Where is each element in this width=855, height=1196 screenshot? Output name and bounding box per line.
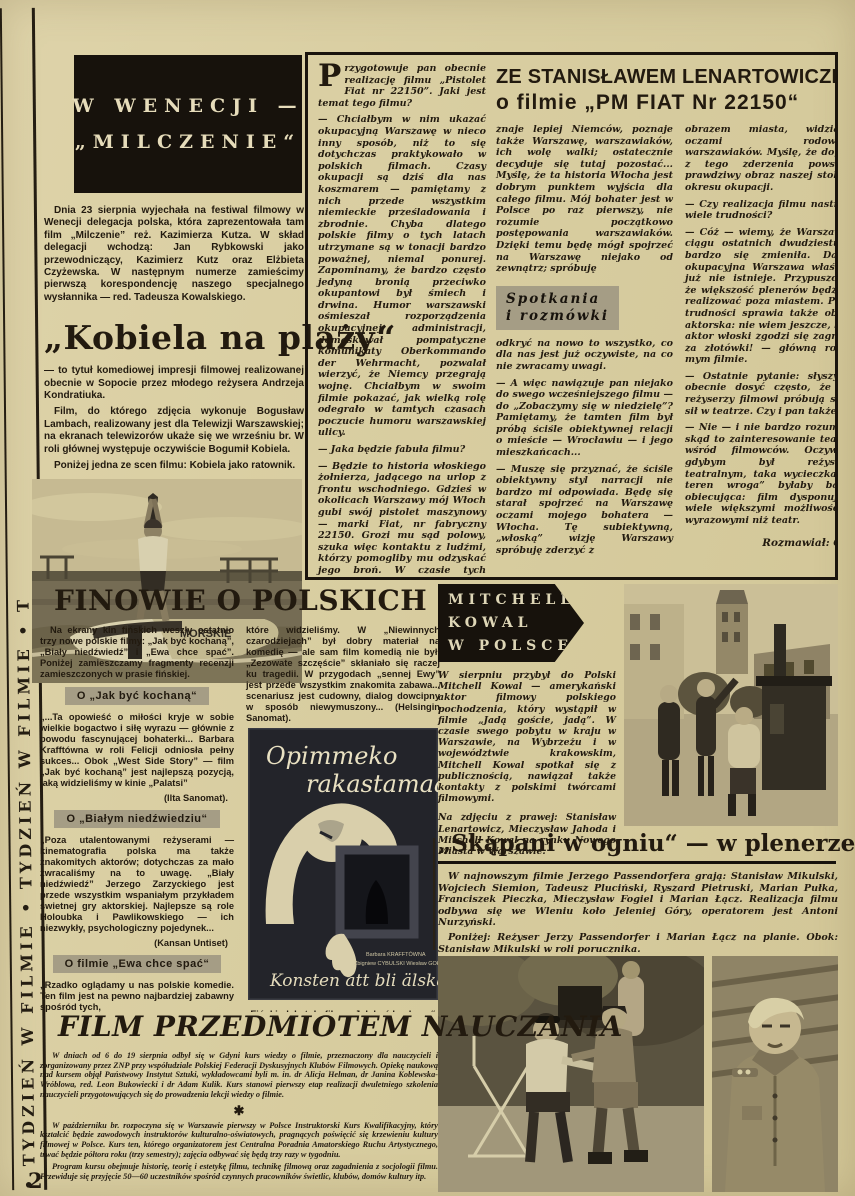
skapani-title: „Skąpani w ogniu“ — w plenerze — [438, 830, 836, 864]
bottom-photos — [438, 956, 838, 1192]
town-square-illustration — [624, 584, 838, 826]
mitchell-banner: MITCHELL KOWAL W POLSCE — [438, 584, 584, 662]
kobiela-p3: Poniżej jedna ze scen filmu: Kobiela jak… — [44, 460, 304, 472]
magazine-page: • TYDZIEŃ W FILMIE • TYDZIEŃ W FILMIE • … — [0, 0, 855, 1196]
interview-answer-1: — Chciałbym w nim ukazać okupacyjną Wars… — [318, 114, 486, 439]
asterisk-separator: ✱ — [40, 1103, 438, 1119]
review-jak-byc-kochana: „...Ta opowieść o miłości kryje w sobie … — [40, 712, 234, 789]
poster-title-line2: rakastamaan? — [306, 770, 438, 798]
mitchell-banner-line3: W POLSCE — [448, 638, 584, 654]
interview-title: ZE STANISŁAWEM LENARTOWICZEM o filmie „P… — [496, 65, 838, 116]
interview-col1: Przygotowuje pan obecnie realizację film… — [318, 63, 486, 569]
spotkania-badge: Spotkania i rozmówki — [496, 286, 619, 330]
column-divider — [433, 838, 435, 950]
section-nauczanie: FILM PRZEDMIOTEM NAUCZANIA W dniach od 6… — [40, 1010, 438, 1185]
interview-answer-2: — Będzie to historia włoskiego żołnierza… — [318, 461, 486, 580]
mikulski-portrait-illustration — [712, 956, 838, 1192]
poster-credit1: Barbara KRAFFTÓWNA — [366, 951, 426, 958]
interview-text: — Nie — i nie bardzo rozumiem, skąd to z… — [685, 422, 838, 526]
nauczanie-title: FILM PRZEDMIOTEM NAUCZANIA — [58, 1010, 438, 1043]
mitchell-banner-line2: KOWAL — [448, 615, 584, 631]
finnish-poster: Opimmeko rakastamaan? Barbara KRAFFTÓWNA — [248, 728, 438, 1012]
finowie-col2-text: które widzieliśmy. W „Niewinnych czarodz… — [246, 625, 440, 724]
interview-title-line1: ZE STANISŁAWEM LENARTOWICZEM — [496, 65, 838, 90]
finowie-intro: Na ekrany kin fińskich weszły ostatnio t… — [40, 625, 234, 680]
mitchell-p1: W sierpniu przybył do Polski Mitchell Ko… — [438, 670, 616, 804]
finowie-col1: Na ekrany kin fińskich weszły ostatnio t… — [40, 625, 234, 1012]
interview-text: — Ostatnie pytanie: słyszy się obecnie d… — [685, 371, 838, 417]
mitchell-square-photo — [624, 584, 838, 826]
interview-text: — Muszę się przyznać, że ściśle obiektyw… — [496, 464, 673, 557]
wenecja-banner-line1: W WENECJI — — [72, 95, 303, 117]
badge-ewa-chce-spac: O filmie „Ewa chce spać“ — [53, 955, 222, 973]
nauczanie-p3: Program kursu obejmuje historię, teorię … — [40, 1162, 438, 1181]
interview-text: obrazem miasta, widzianym oczami rodowit… — [685, 124, 838, 194]
poster-bottom-text: Konsten att bli älskad — [269, 971, 438, 991]
interview-section: Przygotowuje pan obecnie realizację film… — [305, 52, 838, 580]
kobiela-title: „Kobiela na plaży“ — [44, 318, 304, 357]
finowie-title: FINOWIE O POLSKICH FILMACH — [54, 584, 440, 617]
nauczanie-p1: W dniach od 6 do 19 sierpnia odbył się w… — [40, 1051, 438, 1100]
nauczanie-p2: W październiku br. rozpoczyna się w Wars… — [40, 1121, 438, 1160]
badge-jak-byc-kochana: O „Jak być kochaną“ — [65, 687, 209, 705]
interview-text: odkryć na nowo to wszystko, co dla nas j… — [496, 338, 673, 373]
section-skapani: „Skąpani w ogniu“ — w plenerze W najnows… — [438, 830, 838, 958]
poster-title-line1: Opimmeko — [266, 742, 397, 770]
interview-signoff: Rozmawiał: Olsz. — [685, 537, 838, 549]
mikulski-portrait-photo — [712, 956, 838, 1192]
interview-text: — A więc nawiązuje pan niejako do swego … — [496, 378, 673, 459]
kobiela-p2: Film, do którego zdjęcia wykonuje Bogusł… — [44, 406, 304, 456]
kobiela-p1: — to tytuł komediowej impresji filmowej … — [44, 365, 304, 402]
review-bialy-niedzwiedz: „Poza utalentowanymi reżyserami — kinema… — [40, 835, 234, 934]
interview-text: — Czy realizacja filmu nastręcza wiele t… — [685, 199, 838, 222]
page-number: 2 — [28, 1168, 43, 1193]
skapani-p1: W najnowszym filmie Jerzego Passendorfer… — [438, 871, 838, 929]
wenecja-intro: Dnia 23 sierpnia wyjechała na festiwal f… — [44, 205, 304, 304]
source-kansan-untiset: (Kansan Untiset) — [40, 938, 228, 948]
badge-line1: Spotkania — [506, 291, 600, 307]
interview-col2: znaje lepiej Niemców, poznaje także Wars… — [496, 124, 673, 569]
interview-title-line2: o filmie „PM FIAT Nr 22150“ — [496, 90, 838, 116]
section-finowie: FINOWIE O POLSKICH FILMACH Na ekrany kin… — [40, 584, 440, 1012]
mitchell-banner-line1: MITCHELL — [448, 592, 584, 608]
section-mitchell-kowal: MITCHELL KOWAL W POLSCE W sierpniu przyb… — [438, 584, 838, 857]
interview-col3: obrazem miasta, widzianym oczami rodowit… — [685, 124, 838, 569]
skapani-p2: Poniżej: Reżyser Jerzy Passendorfer i Ma… — [438, 932, 838, 955]
finowie-col2: które widzieliśmy. W „Niewinnych czarodz… — [246, 625, 440, 1012]
wenecja-banner-line2: „MILCZENIE“ — [75, 131, 301, 153]
badge-bialy-niedzwiedz: O „Białym niedźwiedziu“ — [54, 810, 219, 828]
source-ilta-sanomat: (Ilta Sanomat). — [40, 793, 228, 803]
interview-question-2: — Jaka będzie fabuła filmu? — [318, 444, 486, 456]
poster-credit2: Zbigniew CYBULSKI Wiesław GOŁAS — [354, 961, 438, 967]
wenecja-banner: W WENECJI — „MILCZENIE“ — [74, 55, 302, 193]
pier-right — [220, 559, 278, 583]
poster-illustration: Opimmeko rakastamaan? Barbara KRAFFTÓWNA — [248, 728, 438, 1000]
interview-text: znaje lepiej Niemców, poznaje także Wars… — [496, 124, 673, 275]
badge-line2: i rozmówki — [506, 308, 609, 324]
film-set-photo — [438, 956, 704, 1192]
interview-question-1: Przygotowuje pan obecnie realizację film… — [318, 63, 486, 109]
review-ewa-chce-spac: „Rzadko oglądamy u nas polskie komedie. … — [40, 980, 234, 1012]
interview-text: — Cóż — wiemy, że Warszawa w ciągu ostat… — [685, 227, 838, 366]
film-set-illustration — [438, 956, 704, 1192]
